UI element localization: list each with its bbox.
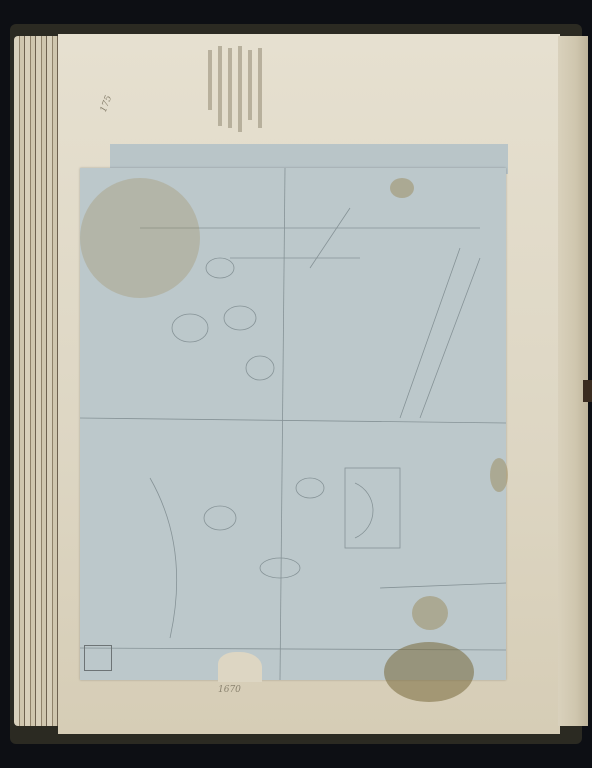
- water-stain: [490, 458, 508, 492]
- catalog-mark: 1670: [218, 686, 241, 694]
- page-number: 175: [100, 95, 113, 114]
- water-stain: [80, 178, 200, 298]
- blue-paper-sketch: [80, 168, 506, 680]
- water-stain: [390, 178, 414, 198]
- bookmark-tab: [583, 380, 592, 402]
- handwritten-note: [208, 44, 278, 134]
- paper-tear: [218, 652, 262, 682]
- water-stain: [384, 642, 474, 702]
- water-stain: [412, 596, 448, 630]
- collection-stamp: [84, 645, 112, 671]
